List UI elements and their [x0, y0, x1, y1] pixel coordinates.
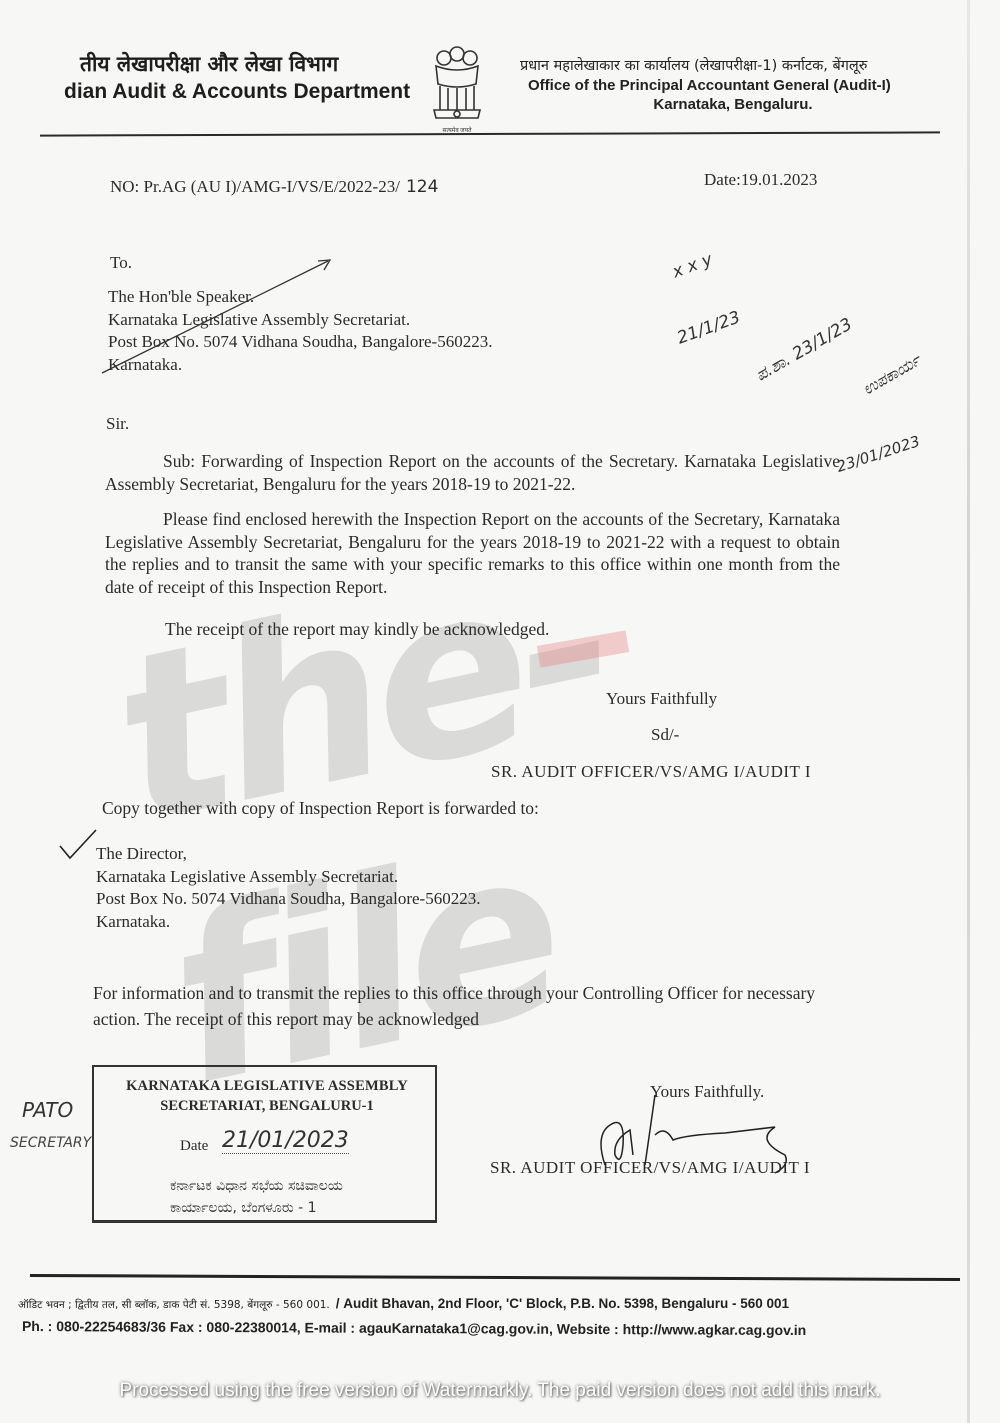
copy-intro: Copy together with copy of Inspection Re…	[102, 798, 539, 819]
salutation: Sir.	[106, 414, 129, 434]
handwritten-arrow-icon	[100, 255, 340, 375]
stamp-date-value: 21/01/2023	[222, 1128, 349, 1154]
closing-1: Yours Faithfully	[606, 689, 717, 709]
footer-address-hindi: ऑडिट भवन ; द्वितीय तल, सी ब्लॉक, डाक पेट…	[18, 1299, 330, 1311]
annotation-date-1: 21/1/23	[675, 307, 743, 348]
stamp-title-line2: SECRETARIAT, BENGALURU-1	[97, 1098, 437, 1115]
reference-number-text: NO: Pr.AG (AU I)/AMG-I/VS/E/2022-23/	[110, 177, 400, 196]
acknowledge-paragraph: The receipt of the report may kindly be …	[165, 618, 900, 641]
copy-addressee-line: Karnataka Legislative Assembly Secretari…	[96, 866, 480, 889]
stamp-date-label: Date	[180, 1138, 208, 1155]
annotation-pato: PATO	[22, 1098, 73, 1122]
page-edge-shadow	[967, 0, 970, 1423]
annotation-note-3: ಉಪಕಾರ್ಯ	[859, 350, 924, 399]
annotation-mark: x x y	[670, 250, 715, 283]
national-emblem-icon: सत्यमेव जयते	[422, 44, 492, 136]
annotation-date-4: 23/01/2023	[834, 432, 922, 476]
copy-addressee-block: The Director, Karnataka Legislative Asse…	[96, 843, 480, 933]
footer-contact: Ph. : 080-22254683/36 Fax : 080-22380014…	[22, 1318, 806, 1338]
department-name-hindi: तीय लेखापरीक्षा और लेखा विभाग	[80, 50, 338, 78]
reference-handwritten-suffix: 124	[406, 177, 438, 197]
copy-addressee-line: Karnataka.	[96, 911, 480, 934]
letter-date: Date:19.01.2023	[704, 170, 817, 190]
stamp-title-line1: KARNATAKA LEGISLATIVE ASSEMBLY	[97, 1078, 437, 1095]
subject-paragraph: Sub: Forwarding of Inspection Report on …	[105, 450, 840, 495]
watermarkly-notice: Processed using the free version of Wate…	[0, 1380, 1000, 1402]
office-name-english: Office of the Principal Accountant Gener…	[528, 77, 891, 94]
annotation-note-2: ಪ.ಶಾ. 23/1/23	[752, 314, 856, 385]
stamp-kannada-line1: ಕರ್ನಾಟಕ ವಿಧಾನ ಸಭೆಯ ಸಚಿವಾಲಯ	[170, 1178, 343, 1194]
stamp-kannada-line2: ಕಾರ್ಯಾಲಯ, ಬೆಂಗಳೂರು - 1	[170, 1200, 317, 1216]
copy-addressee-line: The Director,	[96, 843, 480, 866]
office-name-hindi: प्रधान महालेखाकार का कार्यालय (लेखापरीक्…	[520, 55, 867, 75]
footer-divider	[30, 1274, 960, 1281]
office-location: Karnataka, Bengaluru.	[0, 96, 1000, 113]
checkmark-icon	[58, 828, 98, 862]
footer-address-english: / Audit Bhavan, 2nd Floor, 'C' Block, P.…	[336, 1296, 789, 1311]
designation-1: SR. AUDIT OFFICER/VS/AMG I/AUDIT I	[491, 762, 811, 782]
copy-addressee-line: Post Box No. 5074 Vidhana Soudha, Bangal…	[96, 888, 480, 911]
annotation-secretary: SECRETARY	[10, 1135, 91, 1151]
body-paragraph: Please find enclosed herewith the Inspec…	[105, 508, 840, 598]
reference-number: NO: Pr.AG (AU I)/AMG-I/VS/E/2022-23/124	[110, 177, 438, 197]
copy-information: For information and to transmit the repl…	[93, 980, 863, 1032]
signed-mark: Sd/-	[651, 725, 679, 745]
footer-address: ऑडिट भवन ; द्वितीय तल, सी ब्लॉक, डाक पेट…	[18, 1296, 789, 1312]
designation-2: SR. AUDIT OFFICER/VS/AMG I/AUDIT I	[490, 1158, 810, 1178]
